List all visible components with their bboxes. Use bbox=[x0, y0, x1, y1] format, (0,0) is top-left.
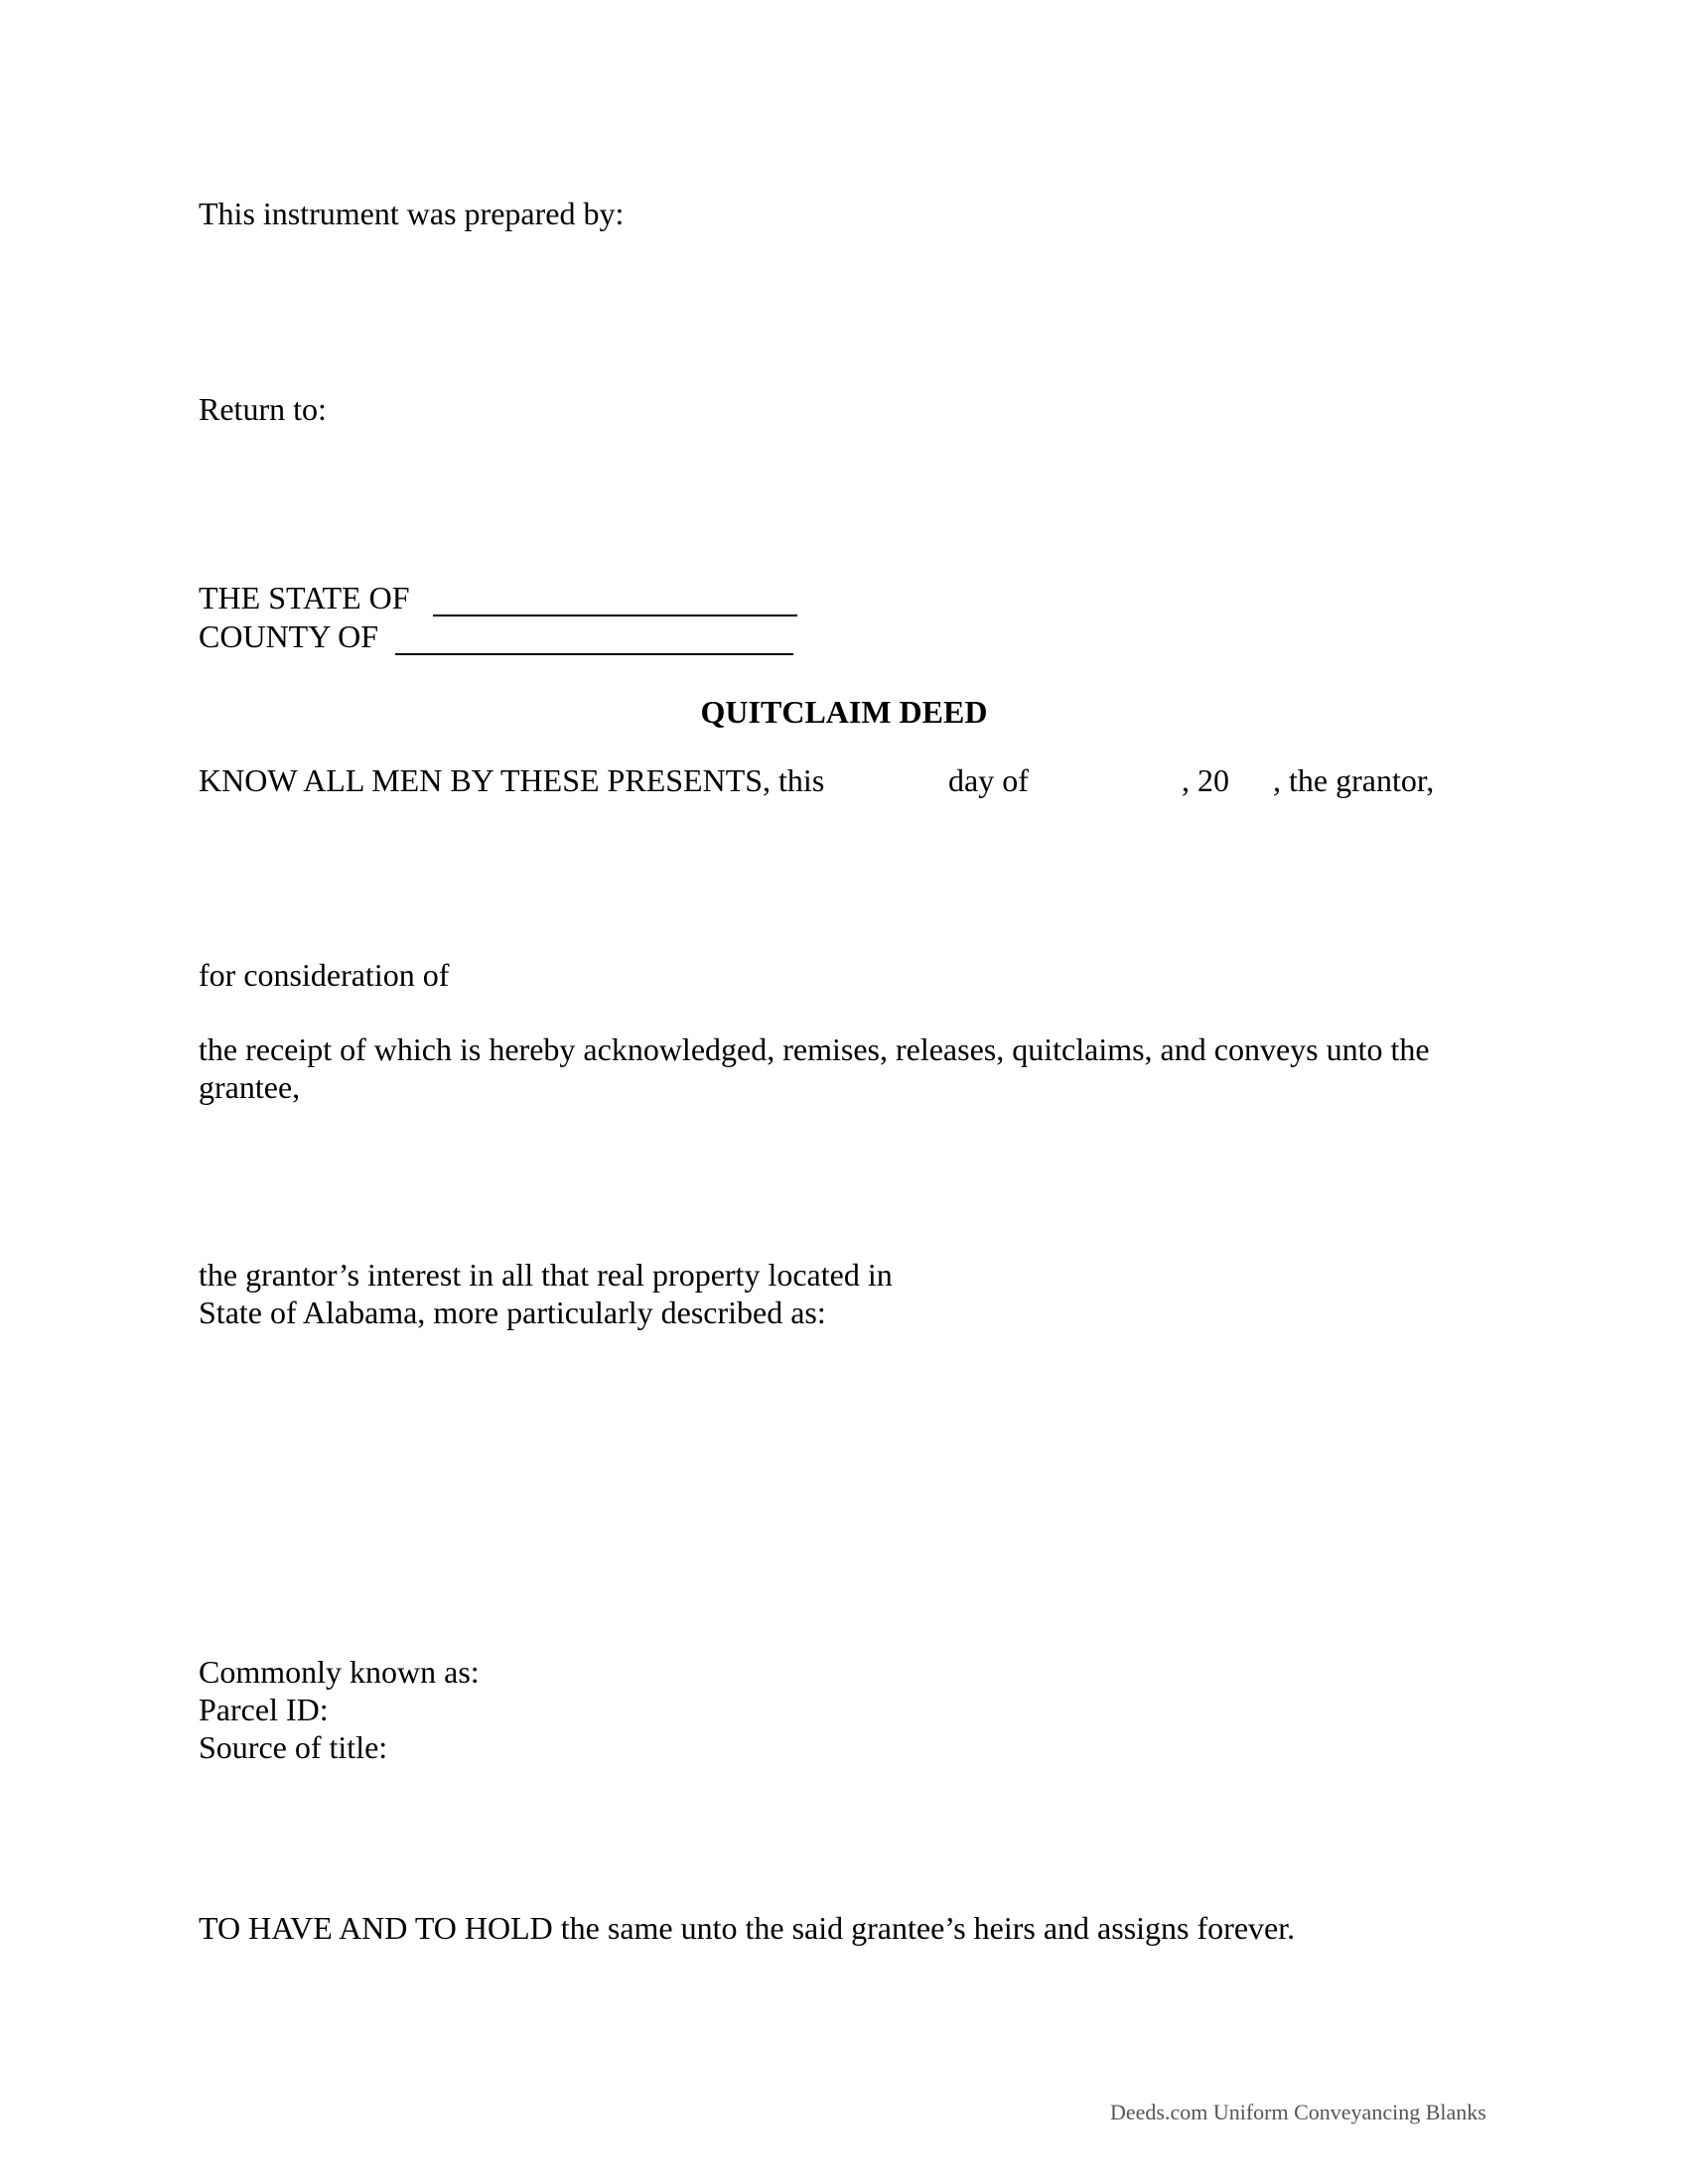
know-all-men-intro: KNOW ALL MEN BY THESE PRESENTS, this bbox=[199, 761, 824, 799]
property-line-2: State of Alabama, more particularly desc… bbox=[199, 1294, 826, 1331]
state-label: THE STATE OF bbox=[199, 579, 410, 616]
state-blank-line bbox=[433, 614, 797, 616]
commonly-known-label: Commonly known as: bbox=[199, 1653, 480, 1691]
parcel-id-label: Parcel ID: bbox=[199, 1691, 329, 1728]
grantor-label: , the grantor, bbox=[1273, 761, 1434, 799]
source-of-title-label: Source of title: bbox=[199, 1728, 387, 1766]
property-line-1: the grantor’s interest in all that real … bbox=[199, 1256, 893, 1294]
habendum-clause: TO HAVE AND TO HOLD the same unto the sa… bbox=[199, 1909, 1295, 1947]
receipt-text-line-2: grantee, bbox=[199, 1068, 300, 1106]
consideration-label: for consideration of bbox=[199, 956, 449, 994]
county-blank-line bbox=[395, 653, 793, 655]
document-page: This instrument was prepared by: Return … bbox=[0, 0, 1688, 2184]
prepared-by-label: This instrument was prepared by: bbox=[199, 195, 624, 232]
return-to-label: Return to: bbox=[199, 390, 327, 428]
footer-text: Deeds.com Uniform Conveyancing Blanks bbox=[1110, 2099, 1486, 2126]
document-title: QUITCLAIM DEED bbox=[0, 693, 1688, 731]
year-prefix-label: , 20 bbox=[1182, 761, 1229, 799]
county-label: COUNTY OF bbox=[199, 617, 378, 655]
receipt-text-line-1: the receipt of which is hereby acknowled… bbox=[199, 1030, 1430, 1068]
day-of-label: day of bbox=[948, 761, 1029, 799]
